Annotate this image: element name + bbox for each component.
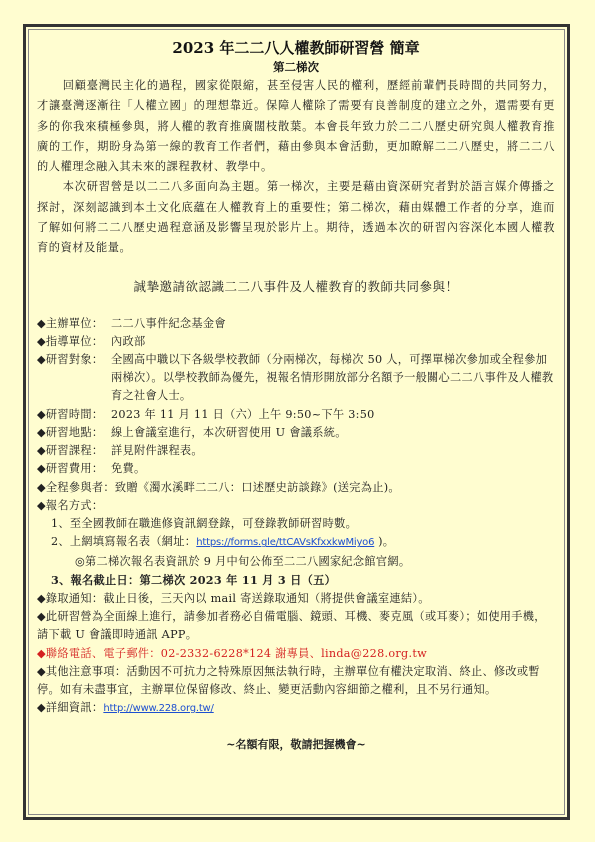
bullet-diamond-icon: ◆ [37, 408, 46, 421]
item-audience: ◆研習對象：全國高中職以下各級學校教師（分兩梯次，每梯次 50 人，可擇單梯次參… [37, 351, 555, 406]
item-value: 全國高中職以下各級學校教師（分兩梯次，每梯次 50 人，可擇單梯次參加或全程參加… [111, 353, 553, 402]
document-title: 2023 年二二八人權教師研習營 簡章 [37, 38, 555, 58]
item-label: 聯絡電話、電子郵件： [46, 647, 161, 660]
footer-slogan: ~名額有限，敬請把握機會~ [37, 736, 555, 754]
item-label: 主辦單位： [46, 317, 103, 330]
item-label: 報名方式： [46, 499, 103, 512]
item-value: 此研習營為全面線上進行，請參加者務必自備電腦、鏡頭、耳機、麥克風（或耳麥）；如使… [37, 610, 546, 641]
document-frame: 2023 年二二八人權教師研習營 簡章 第二梯次 回顧臺灣民主化的過程，國家從限… [23, 24, 570, 820]
bullet-diamond-icon: ◆ [37, 426, 46, 439]
item-label: 研習地點： [46, 426, 103, 439]
registration-step-2: 2、上網填寫報名表（網址：https://forms.gle/ttCAVsKfx… [37, 533, 555, 553]
bullet-diamond-icon: ◆ [37, 592, 46, 605]
item-label: 其他注意事項： [46, 665, 126, 678]
item-label: 指導單位： [46, 335, 103, 348]
item-label: 研習課程： [46, 444, 103, 457]
item-registration: ◆報名方式： [37, 497, 555, 515]
item-contact: ◆聯絡電話、電子郵件：02-2332-6228*124 謝專員、linda@22… [37, 645, 555, 663]
item-label: 研習時間： [46, 408, 103, 421]
item-time: ◆研習時間：2023 年 11 月 11 日（六）上午 9:50~下午 3:50 [37, 406, 555, 424]
item-location: ◆研習地點：線上會議室進行，本次研習使用 U 會議系統。 [37, 424, 555, 442]
registration-step-1: 1、至全國教師在職進修資訊網登錄，可登錄教師研習時數。 [37, 515, 555, 534]
item-admission: ◆錄取通知：截止日後，三天內以 mail 寄送錄取通知（將提供會議室連結）。 [37, 590, 555, 608]
item-value: 2023 年 11 月 11 日（六）上午 9:50~下午 3:50 [111, 408, 375, 421]
bullet-diamond-icon: ◆ [37, 499, 46, 512]
invitation-line: 誠摯邀請欲認識二二八事件及人權教育的教師共同參與！ [37, 276, 555, 298]
bullet-diamond-icon: ◆ [37, 335, 46, 348]
bullet-diamond-icon: ◆ [37, 353, 46, 366]
bullet-diamond-icon: ◆ [37, 444, 46, 457]
item-value: 內政部 [111, 335, 145, 348]
registration-form-link[interactable]: https://forms.gle/ttCAVsKfxxkwMiyo6 [196, 537, 374, 548]
item-gift: ◆全程參與者：致贈《濁水溪畔二二八：口述歷史訪談錄》(送完為止)。 [37, 479, 555, 497]
item-label: 錄取通知： [46, 592, 103, 605]
bullet-diamond-icon: ◆ [37, 462, 46, 475]
bullet-diamond-icon: ◆ [37, 701, 46, 714]
item-details: ◆詳細資訊：http://www.228.org.tw/ [37, 699, 555, 718]
website-link[interactable]: http://www.228.org.tw/ [103, 703, 213, 714]
bullet-diamond-icon: ◆ [37, 317, 46, 330]
contact-value: 02-2332-6228*124 謝專員、linda@228.org.tw [161, 647, 427, 660]
intro-paragraph-1: 回顧臺灣民主化的過程，國家從限縮，甚至侵害人民的權利，歷經前輩們長時間的共同努力… [37, 76, 555, 177]
item-value: 詳見附件課程表。 [111, 444, 203, 457]
item-label: 全程參與者： [46, 481, 115, 494]
registration-note: ◎第二梯次報名表資訊於 9 月中旬公佈至二二八國家紀念館官網。 [37, 553, 555, 572]
bullet-diamond-icon: ◆ [37, 647, 46, 660]
item-course: ◆研習課程：詳見附件課程表。 [37, 442, 555, 460]
item-value: 二二八事件紀念基金會 [111, 317, 226, 330]
item-value: 線上會議室進行，本次研習使用 U 會議系統。 [111, 426, 347, 439]
item-fee: ◆研習費用：免費。 [37, 460, 555, 478]
intro-paragraph-2: 本次研習營是以二二八多面向為主題。第一梯次，主要是藉由資深研究者對於語言媒介傳播… [37, 177, 555, 258]
document-subtitle: 第二梯次 [37, 58, 555, 76]
item-label: 詳細資訊： [46, 701, 103, 714]
item-label: 研習對象： [46, 353, 103, 366]
registration-deadline: 3、報名截止日：第二梯次 2023 年 11 月 3 日（五） [37, 571, 555, 590]
bullet-diamond-icon: ◆ [37, 610, 46, 623]
item-label: 研習費用： [46, 462, 103, 475]
item-online: ◆此研習營為全面線上進行，請參加者務必自備電腦、鏡頭、耳機、麥克風（或耳麥）；如… [37, 608, 555, 644]
item-value: 截止日後，三天內以 mail 寄送錄取通知（將提供會議室連結）。 [103, 592, 429, 605]
document-content: 2023 年二二八人權教師研習營 簡章 第二梯次 回顧臺灣民主化的過程，國家從限… [37, 35, 555, 754]
item-value: 致贈《濁水溪畔二二八：口述歷史訪談錄》(送完為止)。 [115, 481, 400, 494]
bullet-diamond-icon: ◆ [37, 481, 46, 494]
bullet-diamond-icon: ◆ [37, 665, 46, 678]
item-supervisor: ◆指導單位：內政部 [37, 333, 555, 351]
item-value: 免費。 [111, 462, 145, 475]
item-notice: ◆其他注意事項：活動因不可抗力之特殊原因無法執行時，主辦單位有權決定取消、終止、… [37, 663, 555, 699]
item-organizer: ◆主辦單位：二二八事件紀念基金會 [37, 315, 555, 333]
